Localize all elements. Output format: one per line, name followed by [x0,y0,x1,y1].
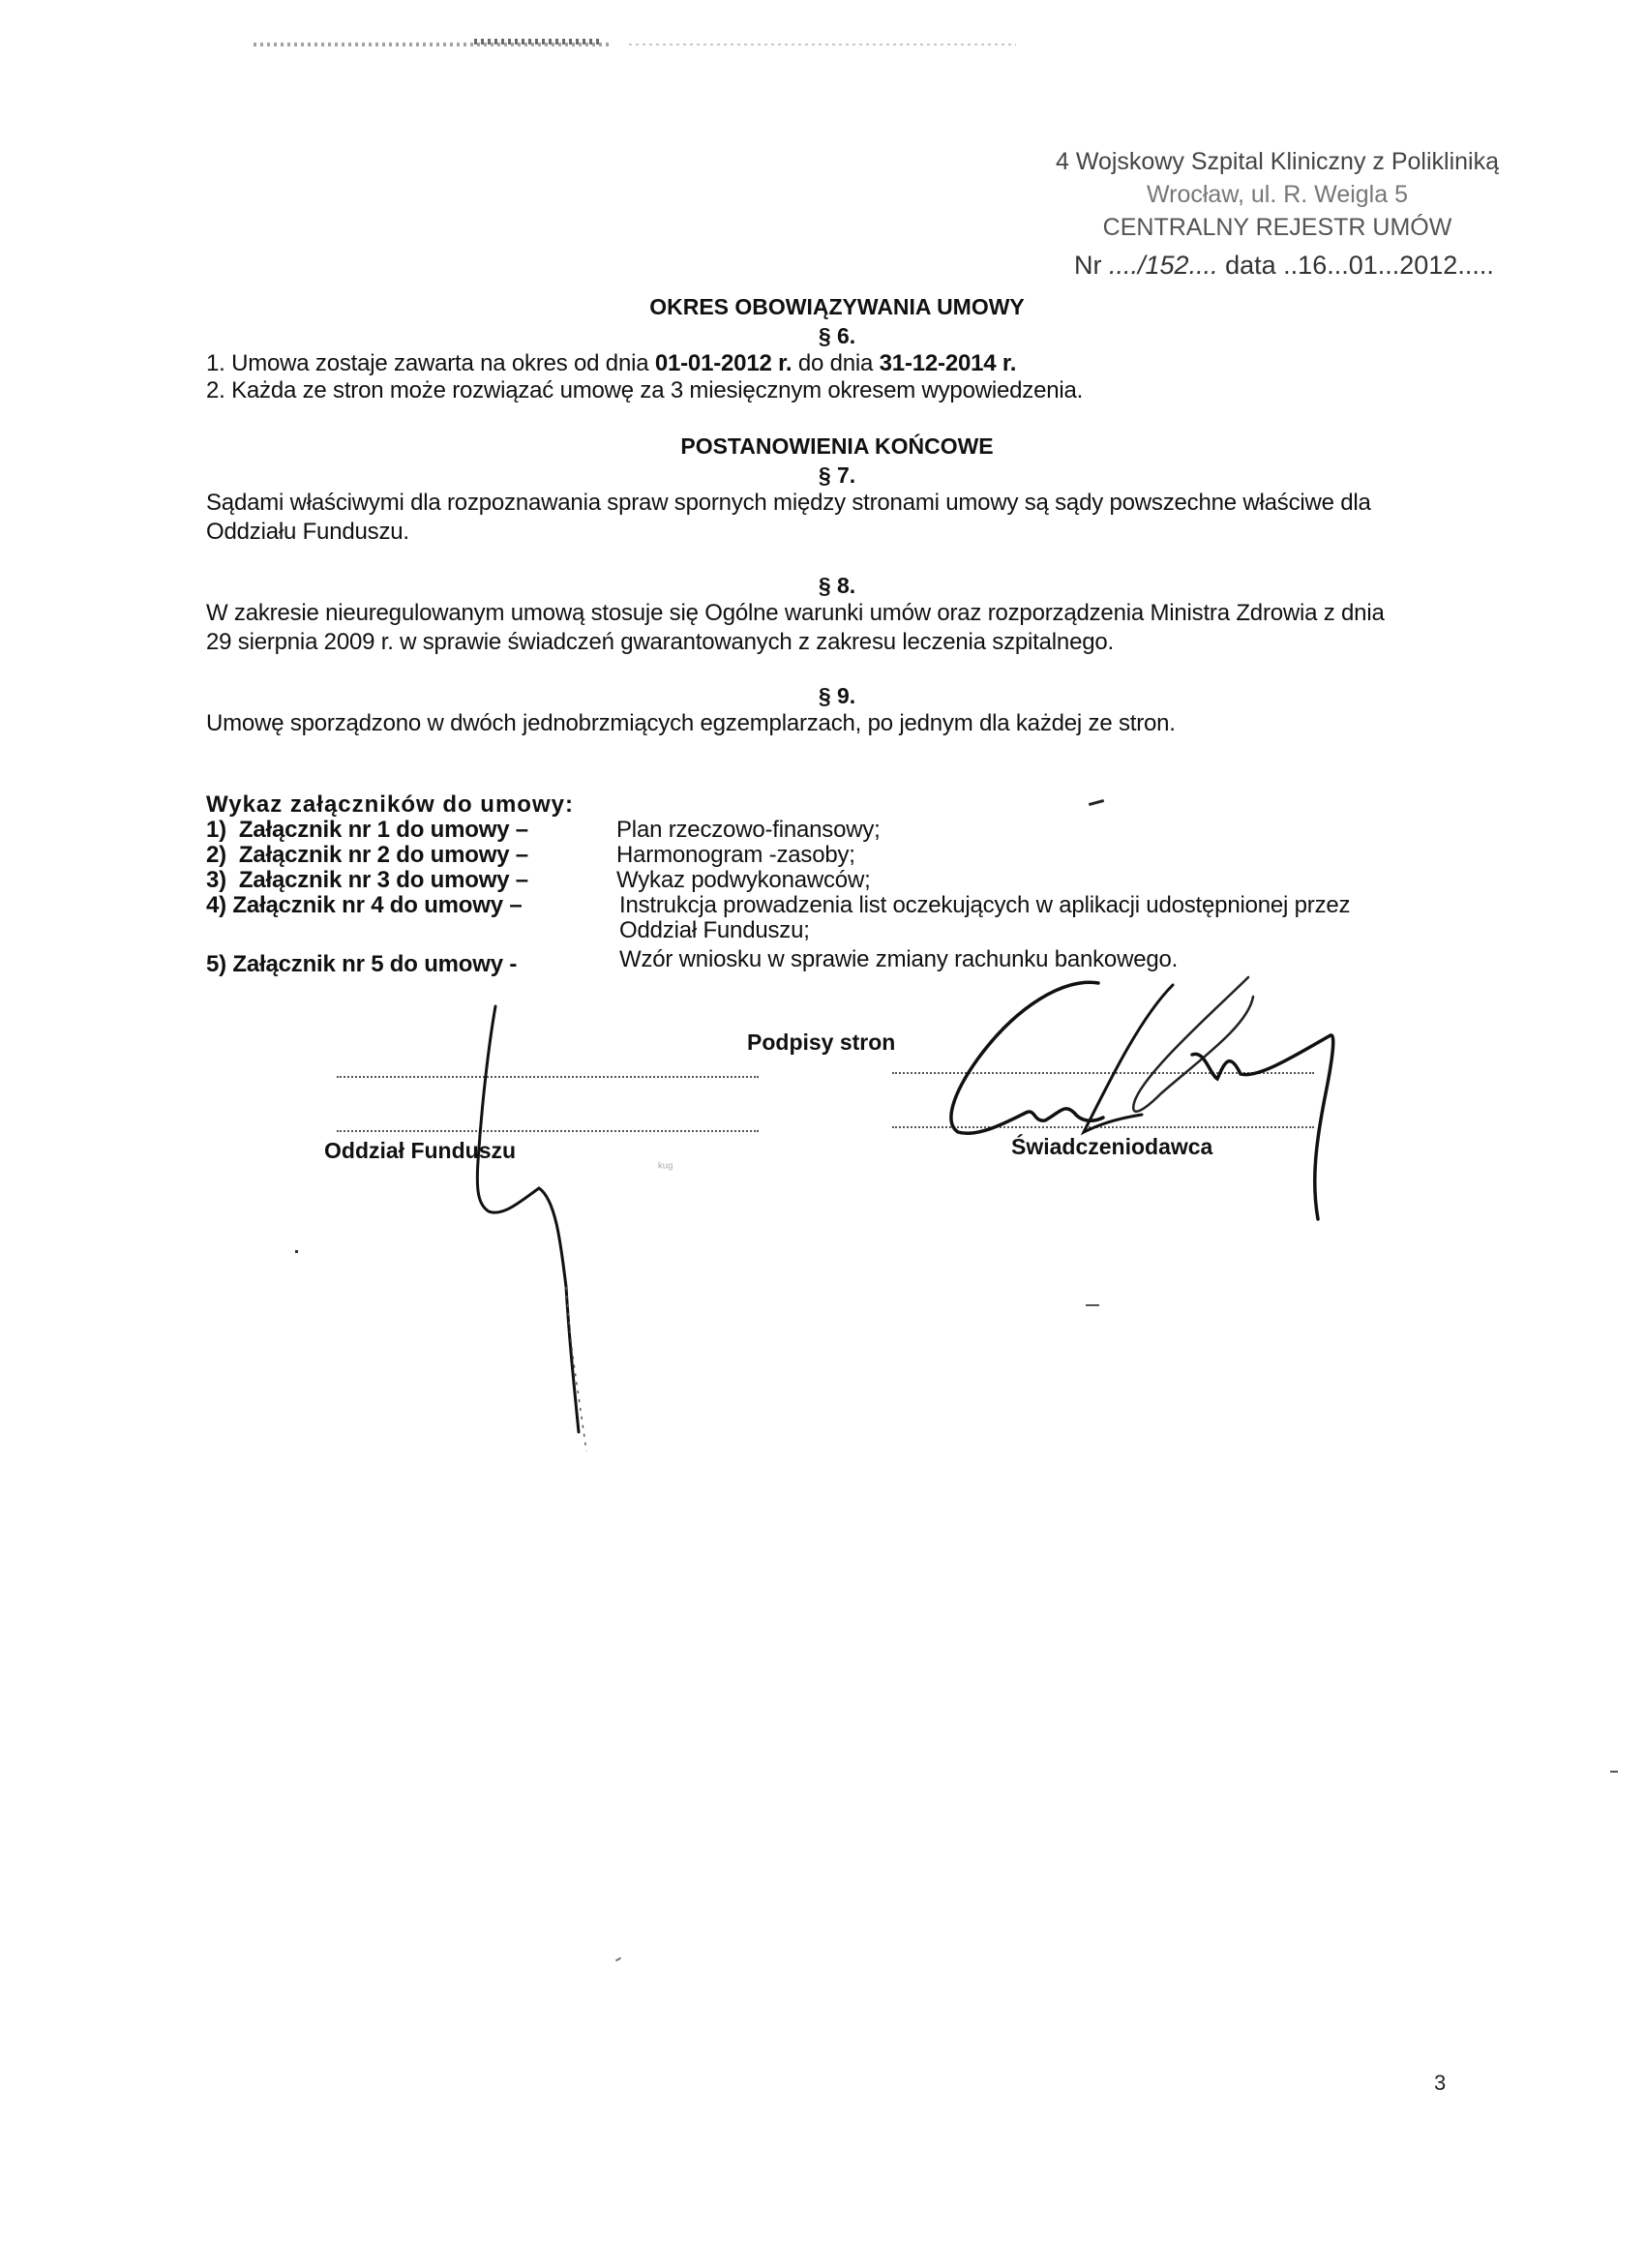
faint-stamp-remnant: ᵏᵘᵍ [658,1159,673,1175]
handwritten-signature-provider [0,0,1645,2268]
stray-mark [295,1250,298,1253]
stray-mark [1086,1304,1099,1306]
page-number: 3 [1434,2071,1446,2096]
stray-mark [1610,1771,1618,1773]
